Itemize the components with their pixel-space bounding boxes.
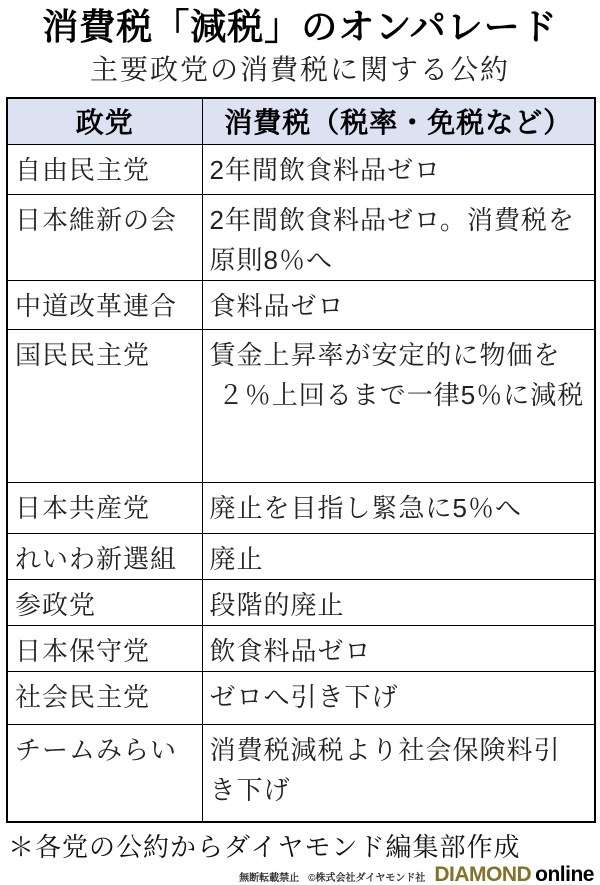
pledge-cell: 賃金上昇率が安定的に物価を ２％上回るまで一律5％に減税 xyxy=(202,329,595,482)
source-note: ＊各党の公約からダイヤモンド編集部作成 xyxy=(8,829,600,865)
table-row: 中道改革連合 食料品ゼロ xyxy=(7,280,595,329)
pledge-cell: 廃止 xyxy=(202,533,595,579)
party-cell: 日本保守党 xyxy=(7,625,202,671)
pledge-table: 政党 消費税（税率・免税など） 自由民主党 2年間飲食料品ゼロ 日本維新の会 2… xyxy=(6,97,596,823)
logo-diamond-text: DIAMOND xyxy=(434,864,531,885)
pledge-cell: 食料品ゼロ xyxy=(202,280,595,329)
party-cell: チームみらい xyxy=(7,724,202,822)
pledge-cell: 飲食料品ゼロ xyxy=(202,625,595,671)
party-cell: れいわ新選組 xyxy=(7,533,202,579)
pledge-cell: ゼロへ引き下げ xyxy=(202,671,595,724)
table-row: 日本保守党 飲食料品ゼロ xyxy=(7,625,595,671)
infographic-page: 消費税「減税」のオンパレード 主要政党の消費税に関する公約 政党 消費税（税率・… xyxy=(0,4,600,885)
pledge-cell: 2年間飲食料品ゼロ。消費税を 原則8％へ xyxy=(202,194,595,280)
pledge-cell: 段階的廃止 xyxy=(202,579,595,625)
table-row: 参政党 段階的廃止 xyxy=(7,579,595,625)
page-title: 消費税「減税」のオンパレード xyxy=(0,4,600,50)
column-header-pledge: 消費税（税率・免税など） xyxy=(202,98,595,144)
page-subtitle: 主要政党の消費税に関する公約 xyxy=(0,53,600,87)
table-row: 社会民主党 ゼロへ引き下げ xyxy=(7,671,595,724)
diamond-online-logo: DIAMONDonline xyxy=(434,864,594,885)
footer-credits: 無断転載禁止 ©株式会社ダイヤモンド社 DIAMONDonline xyxy=(239,864,594,885)
pledge-cell: 2年間飲食料品ゼロ xyxy=(202,144,595,194)
pledge-cell: 廃止を目指し緊急に5％へ xyxy=(202,482,595,533)
party-cell: 参政党 xyxy=(7,579,202,625)
table-header-row: 政党 消費税（税率・免税など） xyxy=(7,98,595,144)
party-cell: 日本共産党 xyxy=(7,482,202,533)
party-cell: 国民民主党 xyxy=(7,329,202,482)
table-row: 国民民主党 賃金上昇率が安定的に物価を ２％上回るまで一律5％に減税 xyxy=(7,329,595,482)
column-header-party: 政党 xyxy=(7,98,202,144)
table-row: チームみらい 消費税減税より社会保険料引 き下げ xyxy=(7,724,595,822)
party-cell: 自由民主党 xyxy=(7,144,202,194)
pledge-cell: 消費税減税より社会保険料引 き下げ xyxy=(202,724,595,822)
party-cell: 中道改革連合 xyxy=(7,280,202,329)
table-row: 日本維新の会 2年間飲食料品ゼロ。消費税を 原則8％へ xyxy=(7,194,595,280)
table-row: 日本共産党 廃止を目指し緊急に5％へ xyxy=(7,482,595,533)
table-row: 自由民主党 2年間飲食料品ゼロ xyxy=(7,144,595,194)
no-reproduction-label: 無断転載禁止 xyxy=(239,869,299,884)
logo-online-text: online xyxy=(535,864,594,885)
party-cell: 社会民主党 xyxy=(7,671,202,724)
party-cell: 日本維新の会 xyxy=(7,194,202,280)
copyright-label: ©株式会社ダイヤモンド社 xyxy=(308,869,425,884)
table-row: れいわ新選組 廃止 xyxy=(7,533,595,579)
